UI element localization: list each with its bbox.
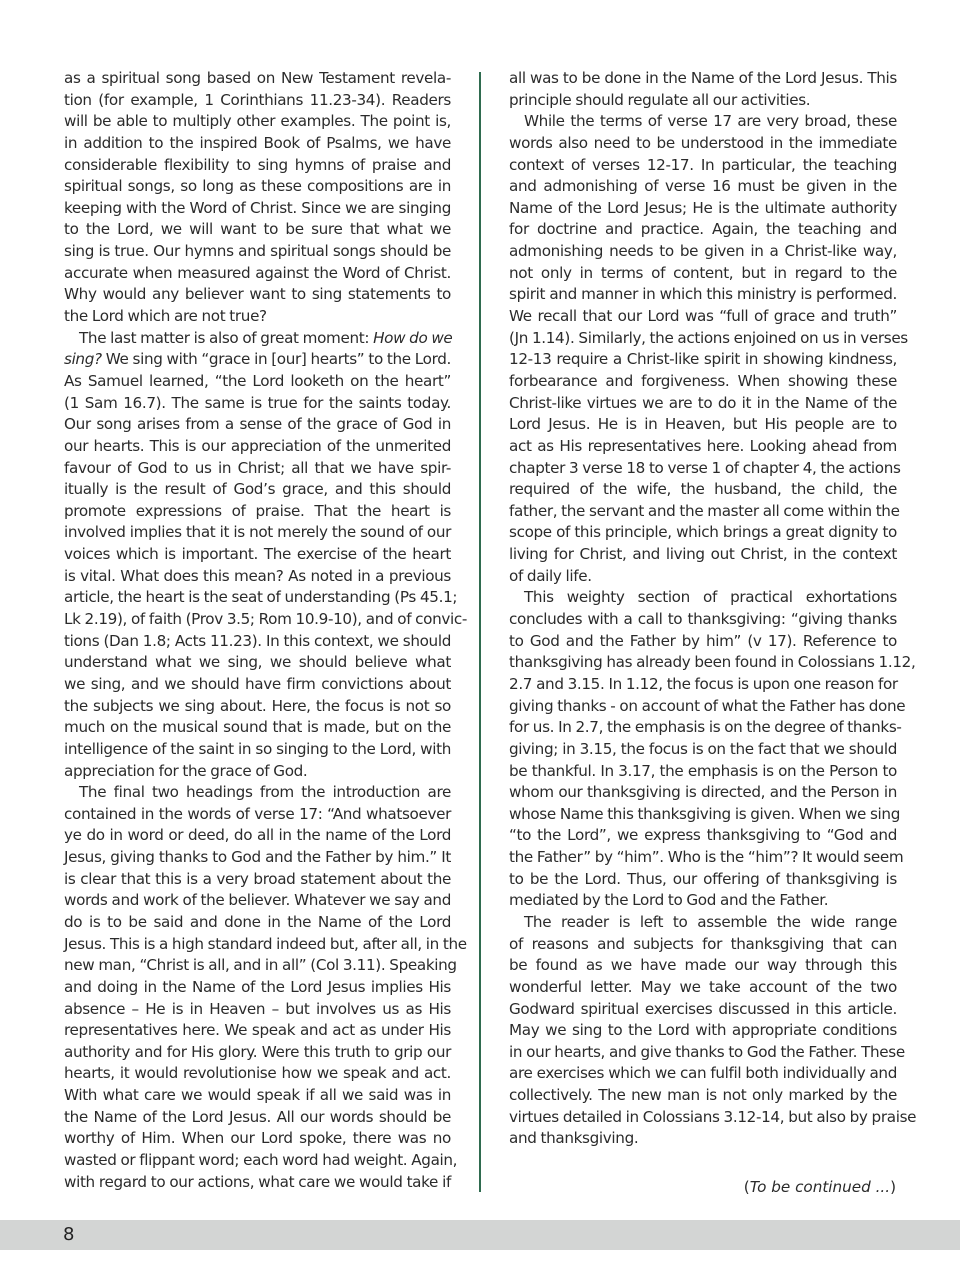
text-line: 2.7 and 3.15. In 1.12, the focus is upon…: [509, 674, 897, 696]
text-line: words and work of the believer. Whatever…: [64, 890, 451, 912]
text-line: concludes with a call to thanksgiving: “…: [509, 609, 897, 631]
text-line: wasted or flippant word; each word had w…: [64, 1150, 451, 1172]
text-line: the Name of the Lord Jesus. All our word…: [64, 1107, 451, 1129]
text-line: article, the heart is the seat of unders…: [64, 587, 451, 609]
text-line: with regard to our actions, what care we…: [64, 1172, 451, 1194]
text-line: the Father” by “him”. Who is the “him”? …: [509, 847, 897, 869]
text-line: and admonishing of verse 16 must be give…: [509, 176, 897, 198]
text-line: thanksgiving has already been found in C…: [509, 652, 897, 674]
text-line: not only in terms of content, but in reg…: [509, 263, 897, 285]
to-be-continued-note: (To be continued ...): [744, 1176, 896, 1198]
right-column: all was to be done in the Name of the Lo…: [509, 68, 897, 1150]
column-divider: [479, 72, 481, 1192]
text-line: ye do in word or deed, do all in the nam…: [64, 825, 451, 847]
text-line: whom our thanksgiving is directed, and t…: [509, 782, 897, 804]
text-line: Jesus, giving thanks to God and the Fath…: [64, 847, 451, 869]
text-line: As Samuel learned, “the Lord looketh on …: [64, 371, 451, 393]
text-line: absence – He is in Heaven – but involves…: [64, 999, 451, 1021]
text-line: of daily life.: [509, 566, 897, 588]
text-line: This weighty section of practical exhort…: [509, 587, 897, 609]
text-line: wonderful letter. May we take account of…: [509, 977, 897, 999]
text-line: Jesus. This is a high standard indeed bu…: [64, 934, 451, 956]
text-line: forbearance and forgiveness. When showin…: [509, 371, 897, 393]
text-line: tion (for example, 1 Corinthians 11.23-3…: [64, 90, 451, 112]
text-line: (1 Sam 16.7). The same is true for the s…: [64, 393, 451, 415]
text-line: for doctrine and practice. Again, the te…: [509, 219, 897, 241]
text-line: of reasons and subjects for thanksgiving…: [509, 934, 897, 956]
text-line: keeping with the Word of Christ. Since w…: [64, 198, 451, 220]
text-line: We recall that our Lord was “full of gra…: [509, 306, 897, 328]
text-line: required of the wife, the husband, the c…: [509, 479, 897, 501]
text-line: to God and the Father by him” (v 17). Re…: [509, 631, 897, 653]
text-line: favour of God to us in Christ; all that …: [64, 458, 451, 480]
text-line: hearts, it would revolutionise how we sp…: [64, 1063, 451, 1085]
text-line: contained in the words of verse 17: “And…: [64, 804, 451, 826]
text-line: appreciation for the grace of God.: [64, 761, 451, 783]
text-line: and thanksgiving.: [509, 1128, 897, 1150]
text-line: sing is true. Our hymns and spiritual so…: [64, 241, 451, 263]
text-line: The reader is left to assemble the wide …: [509, 912, 897, 934]
text-line: be thankful. In 3.17, the emphasis is on…: [509, 761, 897, 783]
text-line: admonishing needs to be given in a Chris…: [509, 241, 897, 263]
text-line: virtues detailed in Colossians 3.12-14, …: [509, 1107, 897, 1129]
text-line: words also need to be understood in the …: [509, 133, 897, 155]
text-line: spirit and manner in which this ministry…: [509, 284, 897, 306]
text-line: Christ-like virtues we are to do it in t…: [509, 393, 897, 415]
text-line: principle should regulate all our activi…: [509, 90, 897, 112]
text-line: accurate when measured against the Word …: [64, 263, 451, 285]
text-line: collectively. The new man is not only ma…: [509, 1085, 897, 1107]
text-run: The last matter is also of great moment:: [79, 329, 373, 347]
text-line: context of verses 12-17. In particular, …: [509, 155, 897, 177]
text-line: to the Lord, we will want to be sure tha…: [64, 219, 451, 241]
text-line: in addition to the inspired Book of Psal…: [64, 133, 451, 155]
text-line: to be the Lord. Thus, our offering of th…: [509, 869, 897, 891]
text-line: are exercises which we can fulfil both i…: [509, 1063, 897, 1085]
text-line: giving; in 3.15, the focus is on the fac…: [509, 739, 897, 761]
text-line: we sing, and we should have firm convict…: [64, 674, 451, 696]
text-line: considerable flexibility to sing hymns o…: [64, 155, 451, 177]
text-line: giving thanks - on account of what the F…: [509, 696, 897, 718]
text-line: May we sing to the Lord with appropriate…: [509, 1020, 897, 1042]
text-line: involved implies that it is not merely t…: [64, 522, 451, 544]
text-line: authority and for His glory. Were this t…: [64, 1042, 451, 1064]
text-line: (Jn 1.14). Similarly, the actions enjoin…: [509, 328, 897, 350]
text-line: do is to be said and done in the Name of…: [64, 912, 451, 934]
text-line: itually is the result of God’s grace, an…: [64, 479, 451, 501]
text-line: While the terms of verse 17 are very bro…: [509, 111, 897, 133]
text-run: We sing with “grace in [our] hearts” to …: [102, 350, 451, 368]
text-line: all was to be done in the Name of the Lo…: [509, 68, 897, 90]
text-line: understand what we sing, we should belie…: [64, 652, 451, 674]
text-line: Godward spiritual exercises discussed in…: [509, 999, 897, 1021]
text-line: The last matter is also of great moment:…: [64, 328, 451, 350]
footer-bar: [0, 1220, 960, 1250]
text-line: promote expressions of praise. That the …: [64, 501, 451, 523]
emphasis-text: How do we: [373, 329, 452, 347]
text-line: scope of this principle, which brings a …: [509, 522, 897, 544]
text-line: for us. In 2.7, the emphasis is on the d…: [509, 717, 897, 739]
text-line: and doing in the Name of the Lord Jesus …: [64, 977, 451, 999]
text-line: in our hearts, and give thanks to God th…: [509, 1042, 897, 1064]
text-line: tions (Dan 1.8; Acts 11.23). In this con…: [64, 631, 451, 653]
text-line: Lk 2.19), of faith (Prov 3.5; Rom 10.9-1…: [64, 609, 451, 631]
text-line: our hearts. This is our appreciation of …: [64, 436, 451, 458]
text-line: Our song arises from a sense of the grac…: [64, 414, 451, 436]
text-line: will be able to multiply other examples.…: [64, 111, 451, 133]
text-line: spiritual songs, so long as these compos…: [64, 176, 451, 198]
text-line: Why would any believer want to sing stat…: [64, 284, 451, 306]
text-line: act as His representatives here. Looking…: [509, 436, 897, 458]
emphasis-text: sing?: [64, 350, 102, 368]
text-line: intelligence of the saint in so singing …: [64, 739, 451, 761]
text-line: as a spiritual song based on New Testame…: [64, 68, 451, 90]
continued-text: To be continued ...: [750, 1178, 890, 1196]
text-line: mediated by the Lord to God and the Fath…: [509, 890, 897, 912]
text-line: The final two headings from the introduc…: [64, 782, 451, 804]
text-line: whose Name this thanksgiving is given. W…: [509, 804, 897, 826]
text-line: Lord Jesus. He is in Heaven, but His peo…: [509, 414, 897, 436]
text-line: “to the Lord”, we express thanksgiving t…: [509, 825, 897, 847]
text-line: sing? We sing with “grace in [our] heart…: [64, 349, 451, 371]
text-line: Name of the Lord Jesus; He is the ultima…: [509, 198, 897, 220]
left-column: as a spiritual song based on New Testame…: [64, 68, 451, 1193]
text-line: is vital. What does this mean? As noted …: [64, 566, 451, 588]
text-line: is clear that this is a very broad state…: [64, 869, 451, 891]
text-line: worthy of Him. When our Lord spoke, ther…: [64, 1128, 451, 1150]
text-line: much on the musical sound that is made, …: [64, 717, 451, 739]
text-line: voices which is important. The exercise …: [64, 544, 451, 566]
text-line: living for Christ, and living out Christ…: [509, 544, 897, 566]
text-line: the Lord which are not true?: [64, 306, 451, 328]
text-line: new man, “Christ is all, and in all” (Co…: [64, 955, 451, 977]
text-line: chapter 3 verse 18 to verse 1 of chapter…: [509, 458, 897, 480]
text-line: be found as we have made our way through…: [509, 955, 897, 977]
text-line: the subjects we sing about. Here, the fo…: [64, 696, 451, 718]
text-line: With what care we would speak if all we …: [64, 1085, 451, 1107]
paren-close: ): [890, 1178, 896, 1196]
page-number: 8: [63, 1222, 74, 1248]
text-line: 12-13 require a Christ-like spirit in sh…: [509, 349, 897, 371]
text-line: representatives here. We speak and act a…: [64, 1020, 451, 1042]
text-line: father, the servant and the master all c…: [509, 501, 897, 523]
